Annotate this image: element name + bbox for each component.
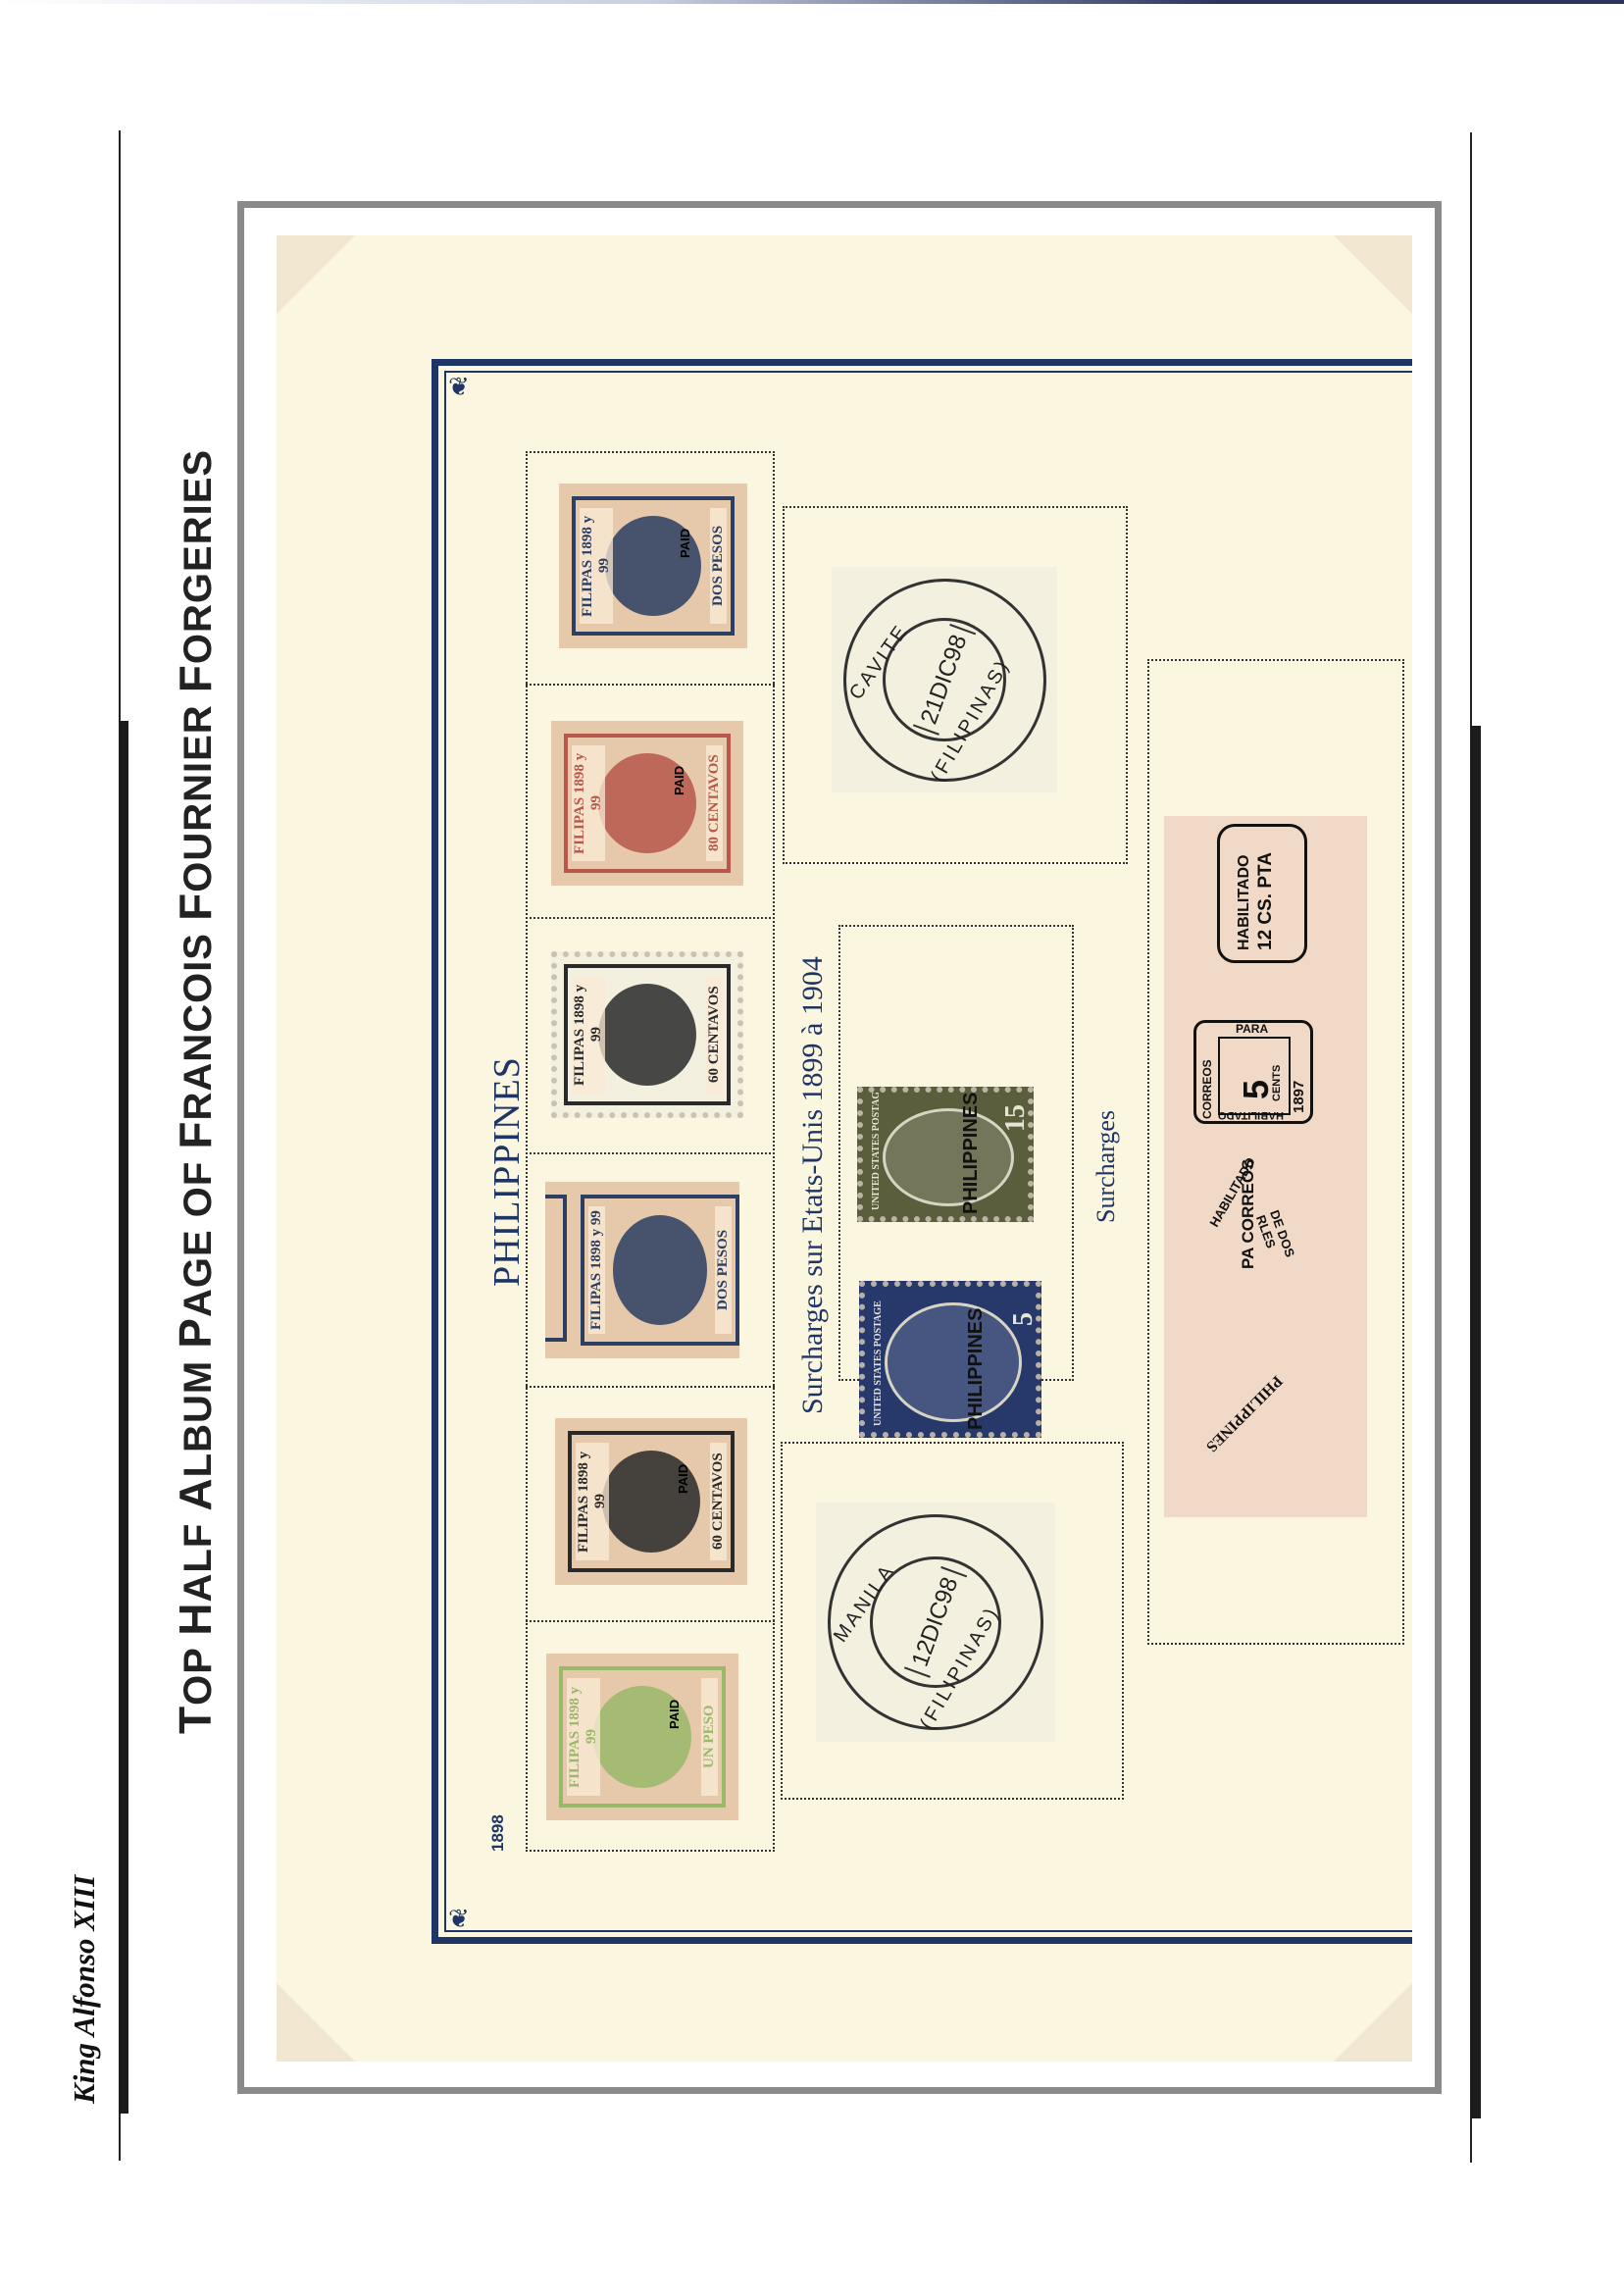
- adjacent-stamp-fragment: [545, 1195, 567, 1342]
- divider: [526, 1386, 775, 1388]
- left-bar: [119, 721, 128, 2114]
- title-initial: P: [170, 1317, 221, 1349]
- overprint-line: CENTS: [1271, 1065, 1283, 1101]
- paid-overprint: PAID: [676, 1463, 690, 1493]
- stamp-value: UN PESO: [701, 1678, 718, 1796]
- overprint-habilitado-12cs: HABILITADO 12 CS. PTA: [1217, 824, 1307, 963]
- stamp-inscription: FILIPAS 1898 y 99: [588, 1206, 605, 1334]
- king-portrait-icon: [613, 1215, 706, 1324]
- telegraph-stamp-60-centavos-black: FILIPAS 1898 y 99 60 CENTAVOS PAID: [555, 1418, 747, 1585]
- title-initial: A: [170, 1477, 221, 1510]
- title-initial: F: [170, 1120, 221, 1148]
- telegraph-stamp-dos-pesos-blue-pair: FILIPAS 1898 y 99 DOS PESOS: [545, 1182, 739, 1358]
- surcharges-heading: Surcharges: [1091, 1110, 1121, 1223]
- president-portrait-icon: [885, 1302, 1022, 1422]
- title-rest: OP: [177, 1636, 220, 1706]
- postmark-cavite: 21DIC98 CAVITE (FILIPINAS): [832, 567, 1057, 792]
- divider: [526, 1620, 775, 1622]
- stamp-inscription: FILIPAS 1898 y 99: [572, 976, 605, 1094]
- divider: [526, 684, 775, 686]
- stamp-value: DOS PESOS: [715, 1206, 732, 1334]
- overprint-line: 1897: [1291, 1081, 1307, 1113]
- stamp-inscription: UNITED STATES POSTAGE: [871, 1087, 882, 1210]
- stamp-inscription: FILIPAS 1898 y 99: [567, 1678, 600, 1796]
- overprint-line: CORREOS: [1200, 1059, 1214, 1119]
- king-portrait-icon: [598, 984, 696, 1086]
- title-rest: ORGERIES: [177, 449, 220, 664]
- title-rest: LBUM: [177, 1349, 220, 1478]
- country-heading: PHILIPPINES: [485, 1056, 529, 1287]
- stamp-inscription: FILIPAS 1898 y 99: [580, 508, 613, 624]
- philippines-overprint: PHILIPPINES: [960, 1093, 983, 1214]
- telegraph-stamp-80-centavos-red: FILIPAS 1898 y 99 80 CENTAVOS PAID: [551, 721, 743, 886]
- stamp-value: 5: [1008, 1312, 1040, 1326]
- postmark-manila: 12DIC98 MANILA (FILIPINAS): [816, 1503, 1055, 1742]
- stamp-value: 60 CENTAVOS: [706, 976, 723, 1094]
- paid-overprint: PAID: [678, 528, 692, 557]
- title-rest: RANCOIS: [177, 921, 220, 1121]
- president-portrait-icon: [883, 1108, 1014, 1206]
- paid-overprint: PAID: [672, 765, 686, 794]
- stamp-value: 15: [1000, 1104, 1032, 1132]
- us-stamp-us-5-cents: UNITED STATES POSTAGE 5 PHILIPPINES: [859, 1281, 1041, 1438]
- telegraph-stamp-un-peso-green: FILIPAS 1898 y 99 UN PESO PAID: [546, 1654, 738, 1820]
- year-label: 1898: [488, 1814, 508, 1852]
- right-bar: [1471, 726, 1481, 2118]
- section-label: King Alfonso XIII: [67, 1875, 102, 2104]
- stamp-value: DOS PESOS: [710, 508, 727, 624]
- stamp-value: 60 CENTAVOS: [710, 1443, 727, 1560]
- title-initial: F: [170, 892, 221, 921]
- overprint-habilitado-5-cents: CORREOS PARA 5 CENTS 1897 HABILITADO: [1193, 1020, 1313, 1124]
- overprint-line: 12 CS. PTA: [1255, 852, 1277, 950]
- overprint-philippines-line: PHILIPPINES: [1202, 1371, 1286, 1454]
- overprint-line: PARA: [1236, 1022, 1268, 1036]
- stamp-inscription: FILIPAS 1898 y 99: [576, 1443, 609, 1560]
- title-initial: H: [170, 1602, 221, 1635]
- telegraph-stamp-60-centavos-black-perf: FILIPAS 1898 y 99 60 CENTAVOS: [551, 951, 743, 1118]
- title-rest: OURNIER: [177, 692, 220, 892]
- fleuron-ornament-icon: ❦: [448, 1907, 470, 1932]
- title-initial: T: [170, 1706, 221, 1734]
- stamp-value: 80 CENTAVOS: [706, 745, 723, 861]
- telegraph-stamps-column: [526, 451, 775, 1852]
- us-section-heading: Surcharges sur Etats-Unis 1899 à 1904: [796, 956, 830, 1414]
- overprint-line: HABILITADO: [1234, 852, 1255, 950]
- top-edge-strip: [0, 0, 1624, 4]
- title-rest: ALF: [177, 1511, 220, 1603]
- title-rest: AGE OF: [177, 1149, 220, 1317]
- divider: [526, 1152, 775, 1154]
- telegraph-stamp-dos-pesos-blue: FILIPAS 1898 y 99 DOS PESOS PAID: [559, 484, 747, 648]
- overprint-habilitado-dos-rles: PA CORREOS HABILITADO DE DOS RLES: [1199, 1179, 1309, 1289]
- overprint-line: DE DOS RLES: [1253, 1208, 1302, 1277]
- stamp-inscription: FILIPAS 1898 y 99: [572, 745, 605, 861]
- stamp-inscription: UNITED STATES POSTAGE: [873, 1300, 884, 1426]
- us-stamp-us-15-cents: UNITED STATES POSTAGE 15 PHILIPPINES: [857, 1087, 1034, 1222]
- paid-overprint: PAID: [667, 1699, 682, 1728]
- divider: [526, 917, 775, 919]
- overprint-specimens-card: HABILITADO 12 CS. PTA CORREOS PARA 5 CEN…: [1164, 816, 1367, 1517]
- overprint-line: HABILITADO: [1218, 1109, 1284, 1121]
- philippines-overprint: PHILIPPINES: [965, 1308, 988, 1430]
- fleuron-ornament-icon: ❦: [448, 375, 470, 400]
- page-title: TOP HALF ALBUM PAGE OF FRANCOIS FOURNIER…: [169, 449, 222, 1734]
- title-initial: F: [170, 664, 221, 692]
